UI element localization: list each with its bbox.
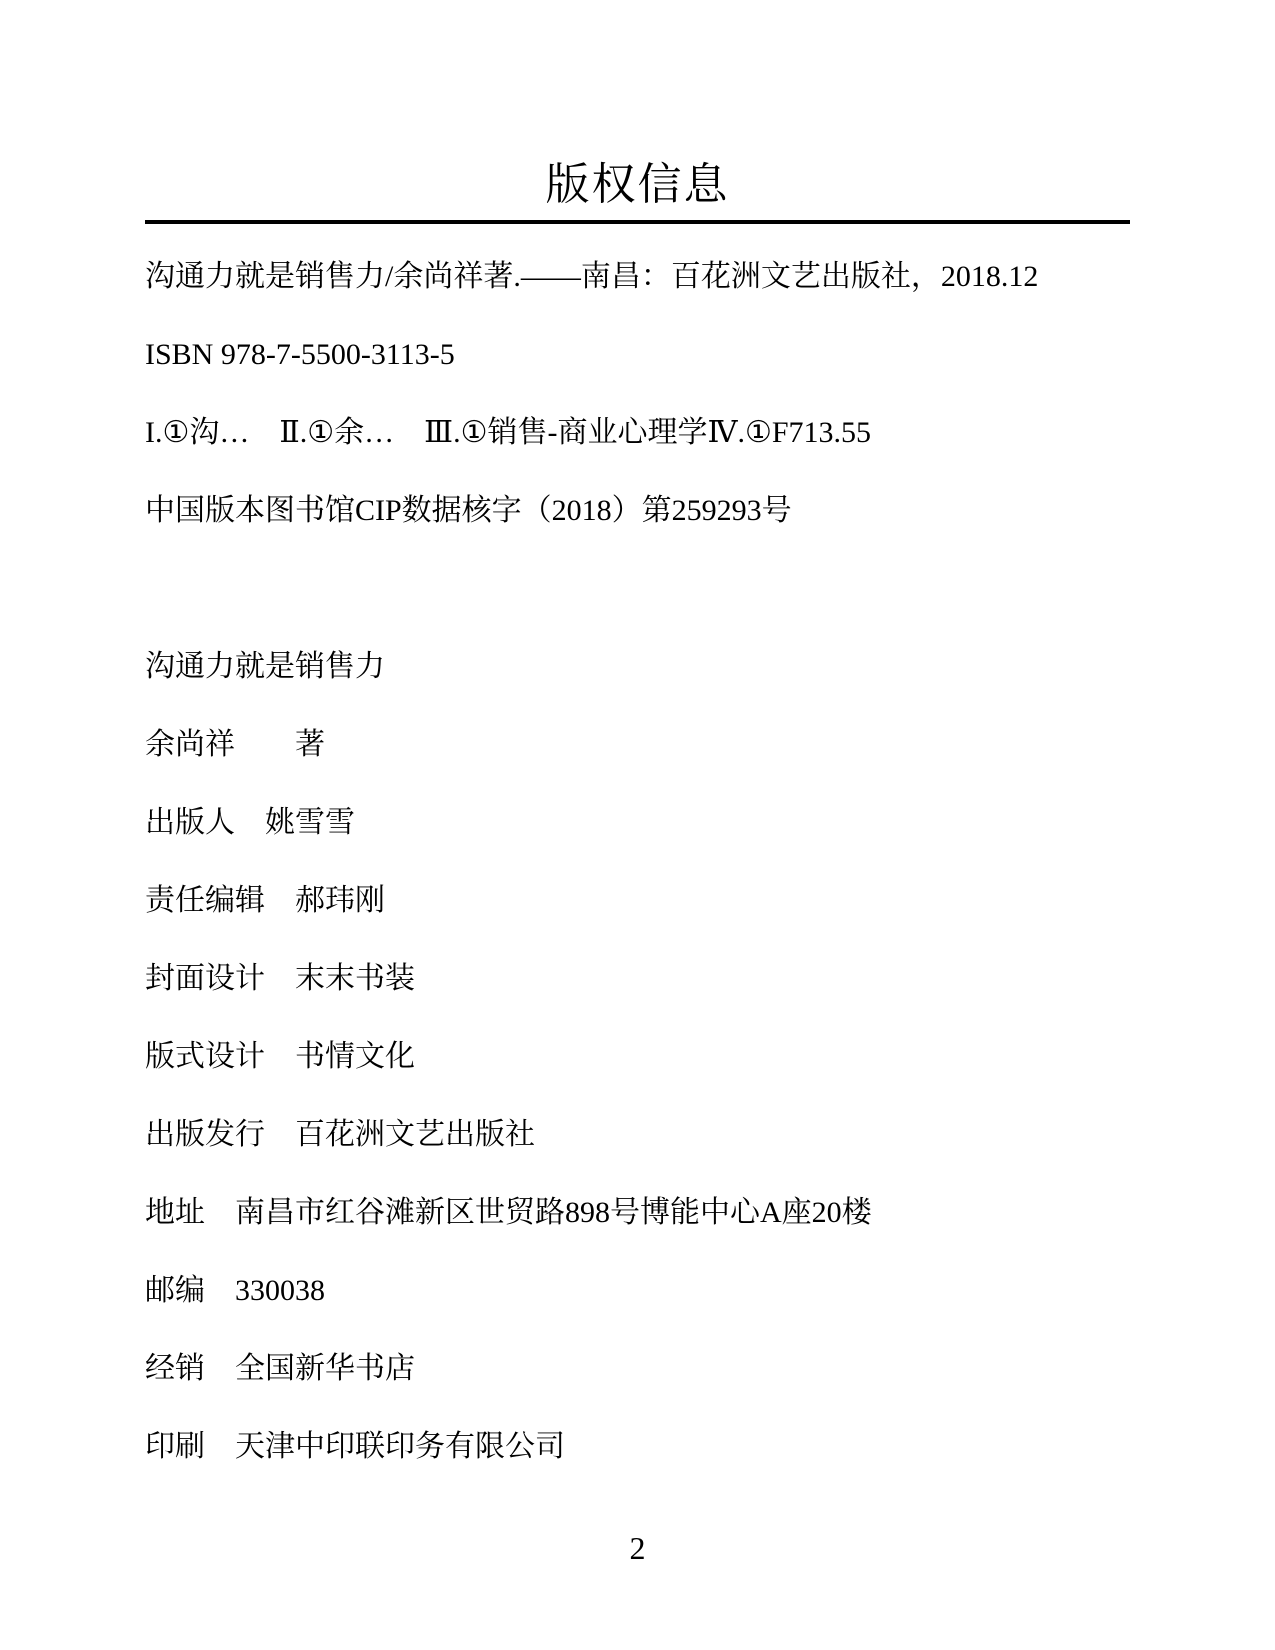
title-rule [145,220,1130,224]
page-title: 版权信息 [145,0,1130,212]
cip-catalog-line: 沟通力就是销售力/余尚祥著.——南昌：百花洲文艺出版社，2018.12 [145,238,1130,316]
entry-value: 330038 [235,1274,325,1307]
entry-label: 经销 [145,1352,205,1385]
copyright-page: 版权信息 沟通力就是销售力/余尚祥著.——南昌：百花洲文艺出版社，2018.12… [0,0,1275,1650]
cip-block: 沟通力就是销售力/余尚祥著.——南昌：百花洲文艺出版社，2018.12 ISBN… [145,238,1130,550]
colophon-entry-distributor: 经销全国新华书店 [145,1330,1130,1408]
entry-label: 邮编 [145,1274,205,1307]
entry-value: 百花洲文艺出版社 [295,1118,535,1151]
colophon-block: 沟通力就是销售力 余尚祥著 出版人姚雪雪 责任编辑郝玮刚 封面设计末末书装 版式… [145,628,1130,1486]
colophon-entry-cover-design: 封面设计末末书装 [145,940,1130,1018]
colophon-entry-publisher: 出版发行百花洲文艺出版社 [145,1096,1130,1174]
entry-value: 南昌市红谷滩新区世贸路898号博能中心A座20楼 [235,1196,872,1229]
cip-record-number-line: 中国版本图书馆CIP数据核字（2018）第259293号 [145,472,1130,550]
entry-label: 地址 [145,1196,205,1229]
author-name: 余尚祥 [145,728,235,761]
entry-value: 天津中印联印务有限公司 [235,1430,565,1463]
entry-label: 出版人 [145,806,235,839]
isbn-line: ISBN 978-7-5500-3113-5 [145,316,1130,394]
colophon-entry-layout-design: 版式设计书情文化 [145,1018,1130,1096]
entry-value: 郝玮刚 [295,884,385,917]
entry-value: 末末书装 [295,962,415,995]
entry-value: 全国新华书店 [235,1352,415,1385]
page-number: 2 [0,1524,1275,1572]
colophon-entry-postcode: 邮编330038 [145,1252,1130,1330]
entry-value: 姚雪雪 [265,806,355,839]
entry-label: 版式设计 [145,1040,265,1073]
colophon-entry-publisher-person: 出版人姚雪雪 [145,784,1130,862]
entry-label: 责任编辑 [145,884,265,917]
cip-classification-line: I.①沟… Ⅱ.①余… Ⅲ.①销售-商业心理学Ⅳ.①F713.55 [145,394,1130,472]
colophon-entry-printer: 印刷天津中印联印务有限公司 [145,1408,1130,1486]
entry-label: 封面设计 [145,962,265,995]
entry-value: 书情文化 [295,1040,415,1073]
entry-label: 出版发行 [145,1118,265,1151]
entry-label: 印刷 [145,1430,205,1463]
colophon-entry-editor: 责任编辑郝玮刚 [145,862,1130,940]
colophon-entry-address: 地址南昌市红谷滩新区世贸路898号博能中心A座20楼 [145,1174,1130,1252]
book-title: 沟通力就是销售力 [145,628,1130,706]
author-role: 著 [295,728,325,761]
author-line: 余尚祥著 [145,706,1130,784]
page-content: 版权信息 沟通力就是销售力/余尚祥著.——南昌：百花洲文艺出版社，2018.12… [0,0,1275,1486]
